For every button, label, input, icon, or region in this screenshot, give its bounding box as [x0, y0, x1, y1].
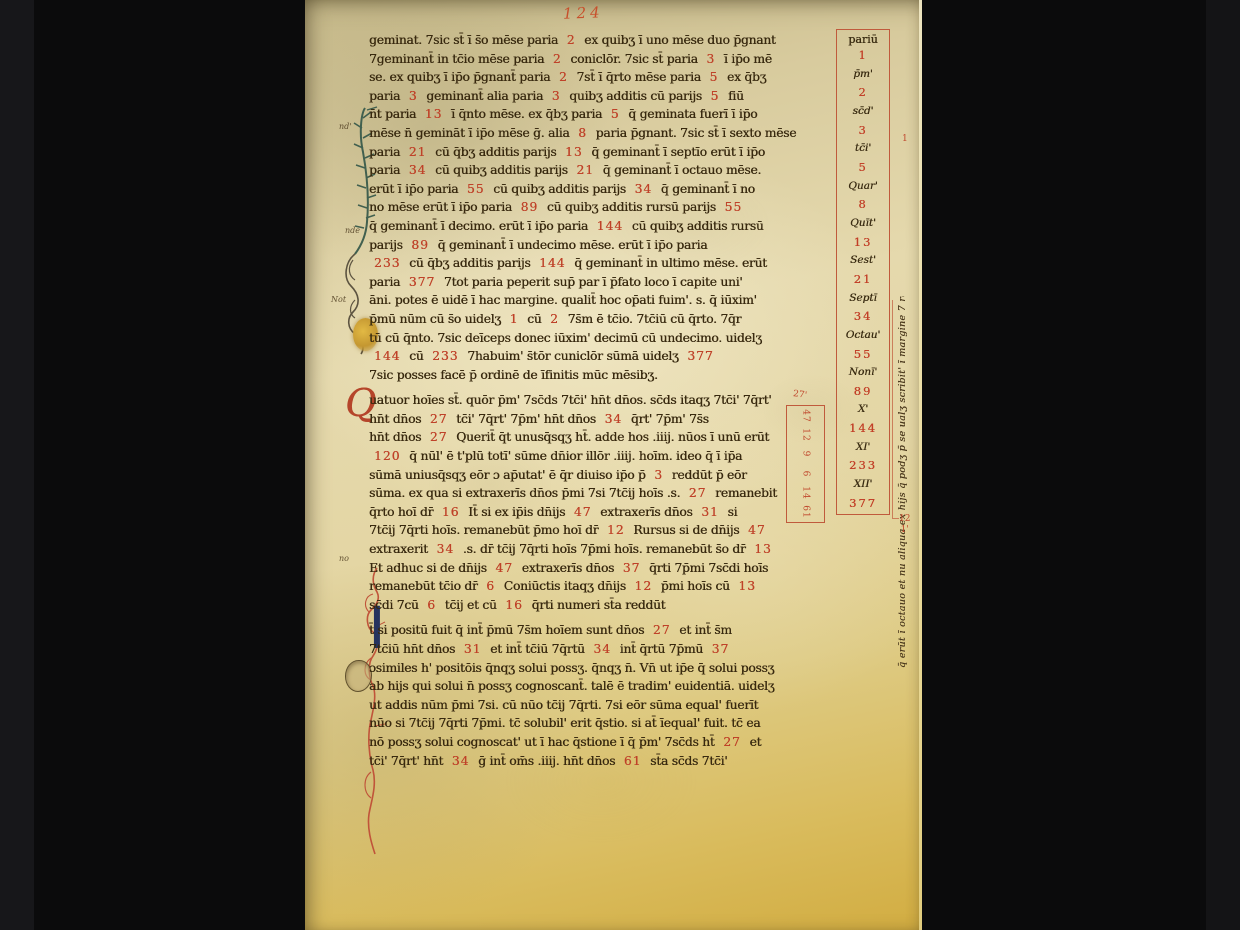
- red-numeral: 233: [427, 349, 463, 363]
- month-label: X': [858, 403, 868, 415]
- manuscript-photo: 124 nd' nde Not no: [0, 0, 1240, 930]
- red-numeral: 37: [707, 642, 735, 656]
- red-numeral: 47: [490, 561, 518, 575]
- red-numeral: 13: [560, 145, 588, 159]
- red-numeral: 34: [432, 542, 460, 556]
- fibonacci-number: 89: [854, 384, 873, 398]
- red-numeral: 27: [718, 735, 746, 749]
- red-tick-marks-below-box: 12 1': [899, 514, 910, 536]
- red-numeral: 21: [571, 163, 599, 177]
- fibonacci-number: 34: [854, 309, 873, 323]
- margin-note: no: [339, 554, 349, 563]
- computation-digit: 12: [800, 428, 810, 441]
- text-line: erūt ī ip̄o paria 55 cū quibʒ additis pa…: [369, 180, 887, 199]
- red-numeral: 34: [588, 642, 616, 656]
- text-line: geminat. 7sic st̄ ī s̄o mēse paria 2 ex …: [369, 31, 887, 50]
- text-line: 233 cū q̄bʒ additis parijs 144 q̄ gemina…: [369, 254, 887, 273]
- text-line: sc̄di 7cū 6 tc̄ij et cū 16 q̄rti numeri …: [369, 596, 887, 615]
- background-left-strip: [0, 0, 34, 930]
- text-line: extraxerit 34 .s. dr̄ tc̄ij 7q̄rti hoīs …: [369, 540, 887, 559]
- red-tick-mark: 1: [902, 134, 908, 144]
- text-line: n̄t paria 13 ī q̄nto mēse. ex q̄bʒ paria…: [369, 105, 887, 124]
- red-numeral: 34: [600, 412, 628, 426]
- computation-digit: 61: [800, 506, 810, 519]
- folio-number: 124: [563, 3, 604, 22]
- text-line: mēse n̄ gemināt ī ip̄o mēse ḡ. alia 8 pa…: [369, 124, 887, 143]
- red-numeral: 2: [545, 312, 564, 326]
- red-numeral: 3: [547, 89, 566, 103]
- red-numeral: 16: [500, 598, 528, 612]
- red-numeral: 1: [505, 312, 524, 326]
- red-numeral: 13: [420, 107, 448, 121]
- red-numeral: 13: [749, 542, 777, 556]
- computation-digit: 9: [800, 451, 810, 458]
- red-numeral: 2: [548, 52, 567, 66]
- red-numeral: 27: [648, 623, 676, 637]
- month-label: Quīt': [850, 217, 876, 229]
- text-line: paria 377 7tot paria peperit sup̄ par ī …: [369, 273, 887, 292]
- fibonacci-table-header: pariū: [848, 33, 877, 46]
- red-numeral: 34: [630, 182, 658, 196]
- fibonacci-number: 13: [854, 235, 873, 249]
- red-numeral: 13: [733, 579, 761, 593]
- fibonacci-table-rows: 1p̄m'2sc̄d'3tc̄i'5Quar'8Quīt'13Sest'21Se…: [837, 48, 889, 510]
- fibonacci-number: 8: [858, 197, 867, 211]
- text-line: ut addis nūm p̄mi 7si. cū nūo tc̄ij 7q̄r…: [369, 696, 887, 715]
- paragraph-rabbit-problem: geminat. 7sic st̄ ī s̄o mēse paria 2 ex …: [369, 31, 887, 384]
- month-label: Sest': [850, 254, 876, 266]
- text-line: p̄mū nūm cū s̄o uidelʒ 1 cū 2 7s̄m ē tc̄…: [369, 310, 887, 329]
- computation-digit: 14: [800, 486, 810, 499]
- red-numeral: 37: [618, 561, 646, 575]
- red-numeral: 3: [404, 89, 423, 103]
- red-number-above-box: 27': [792, 389, 807, 401]
- red-numeral: 377: [682, 349, 718, 363]
- red-numeral: 27: [425, 430, 453, 444]
- text-line: remanebūt tc̄io dr̄ 6 Coniūctis itaqʒ dn…: [369, 577, 887, 596]
- text-line: paria 21 cū q̄bʒ additis parijs 13 q̄ ge…: [369, 143, 887, 162]
- text-line: parijs 89 q̄ geminant̄ ī undecimo mēse. …: [369, 236, 887, 255]
- month-label: tc̄i': [855, 142, 871, 154]
- red-numeral: 89: [516, 200, 544, 214]
- text-line: tū cū q̄nto. 7sic deīceps donec iūxim' d…: [369, 329, 887, 348]
- month-label: p̄m': [853, 68, 873, 80]
- month-label: Septī: [849, 292, 877, 304]
- red-numeral: 55: [720, 200, 748, 214]
- text-line: t̄ si positū fuit q̄ int̄ p̄mū 7s̄m hoīe…: [369, 621, 887, 640]
- text-line: q̄ geminant̄ ī decimo. erūt ī ip̄o paria…: [369, 217, 887, 236]
- red-numeral: 3: [649, 468, 668, 482]
- red-numeral: 5: [606, 107, 625, 121]
- red-numeral: 5: [704, 70, 723, 84]
- red-numeral: 55: [462, 182, 490, 196]
- red-numeral: 5: [706, 89, 725, 103]
- red-numeral: 47: [569, 505, 597, 519]
- text-line: 7tc̄ij 7q̄rti hoīs. remanebūt p̄mo hoī d…: [369, 521, 887, 540]
- background-right-strip: [1206, 0, 1240, 930]
- manuscript-page: 124 nd' nde Not no: [305, 0, 922, 930]
- vertical-marginal-gloss: q̄ erūt ī octauo et nu aliqua ex hijs q̄…: [896, 296, 926, 668]
- text-line: paria 3 geminant̄ alia paria 3 quibʒ add…: [369, 87, 887, 106]
- red-numeral: 144: [369, 349, 405, 363]
- month-label: Nonī': [849, 366, 878, 378]
- parchment-hole: [345, 660, 372, 692]
- month-label: Quar': [848, 180, 878, 192]
- red-numeral: 27: [425, 412, 453, 426]
- margin-note: nd': [339, 122, 351, 131]
- red-numeral: 21: [404, 145, 432, 159]
- month-label: Octau': [846, 329, 881, 341]
- red-numeral: 31: [459, 642, 487, 656]
- red-numeral: 61: [619, 754, 647, 768]
- red-numeral: 34: [447, 754, 475, 768]
- text-line: paria 34 cū quibʒ additis parijs 21 q̄ g…: [369, 161, 887, 180]
- red-computation-box: 4712961461: [786, 405, 825, 523]
- fibonacci-number: 3: [858, 123, 867, 137]
- text-line: nō possʒ solui cognoscat' ut ī hac q̄sti…: [369, 733, 887, 752]
- red-numeral: 34: [404, 163, 432, 177]
- margin-note: Not: [331, 295, 346, 304]
- text-line: āni. potes ē uidē ī hac margine. qualit̄…: [369, 291, 887, 310]
- red-numeral: 233: [369, 256, 405, 270]
- fibonacci-margin-table: pariū 1p̄m'2sc̄d'3tc̄i'5Quar'8Quīt'13Ses…: [836, 29, 890, 515]
- text-line: tc̄i' 7q̄rt' hn̄t 34 ḡ int̄ om̄s .iiij. …: [369, 752, 887, 771]
- red-numeral: 31: [696, 505, 724, 519]
- text-line: se. ex quibʒ ī ip̄o p̄gnant̄ paria 2 7st…: [369, 68, 887, 87]
- red-numeral: 89: [406, 238, 434, 252]
- red-numeral: 3: [701, 52, 720, 66]
- red-numeral: 377: [404, 275, 440, 289]
- red-numeral: 47: [743, 523, 771, 537]
- red-numeral: 2: [562, 33, 581, 47]
- fibonacci-number: 5: [858, 160, 867, 174]
- red-numeral: 8: [573, 126, 592, 140]
- computation-digit: 6: [800, 470, 810, 477]
- fibonacci-number: 2: [858, 85, 867, 99]
- fibonacci-number: 377: [849, 496, 877, 510]
- red-numeral: 144: [534, 256, 570, 270]
- text-line: nūo si 7tc̄ij 7q̄rti 7p̄mi. tc̄ solubil'…: [369, 714, 887, 733]
- month-label: sc̄d': [853, 105, 874, 117]
- margin-note: nde: [345, 226, 360, 235]
- text-line: Et adhuc si de dn̄ijs 47 extraxerīs dn̄o…: [369, 559, 887, 578]
- red-numeral: 12: [629, 579, 657, 593]
- text-line: ɔsimiles h' positōis q̄nqʒ solui possʒ. …: [369, 659, 887, 678]
- text-line: 144 cū 233 7habuim' s̄tōr cuniclōr sūmā …: [369, 347, 887, 366]
- fibonacci-number: 144: [849, 421, 877, 435]
- fibonacci-number: 1: [858, 48, 867, 62]
- month-label: XII': [854, 478, 873, 490]
- red-numeral: 2: [554, 70, 573, 84]
- red-numeral: 27: [684, 486, 712, 500]
- red-numeral: 16: [437, 505, 465, 519]
- fibonacci-number: 233: [849, 458, 877, 472]
- fibonacci-number: 55: [854, 347, 873, 361]
- computation-digit: 47: [800, 409, 810, 422]
- red-numeral: 12: [602, 523, 630, 537]
- red-numeral: 144: [592, 219, 628, 233]
- text-line: ab hijs qui solui n̄ possʒ cognoscant̄. …: [369, 677, 887, 696]
- paragraph-item-problem: t̄ si positū fuit q̄ int̄ p̄mū 7s̄m hoīe…: [369, 621, 887, 770]
- text-line: no mēse erūt ī ip̄o paria 89 cū quibʒ ad…: [369, 198, 887, 217]
- red-numeral: 6: [422, 598, 441, 612]
- text-line: 7tc̄iū hn̄t dn̄os 31 et int̄ tc̄iū 7q̄rt…: [369, 640, 887, 659]
- month-label: XI': [856, 441, 871, 453]
- fibonacci-number: 21: [854, 272, 873, 286]
- text-line: 7geminant̄ in tc̄io mēse paria 2 coniclō…: [369, 50, 887, 69]
- red-numeral: 120: [369, 449, 405, 463]
- text-line: 7sic posses facē p̄ ordinē de īfinitis m…: [369, 366, 887, 385]
- red-numeral: 6: [481, 579, 500, 593]
- gloss-text: q̄ erūt ī octauo et nu aliqua ex hijs q̄…: [897, 296, 908, 668]
